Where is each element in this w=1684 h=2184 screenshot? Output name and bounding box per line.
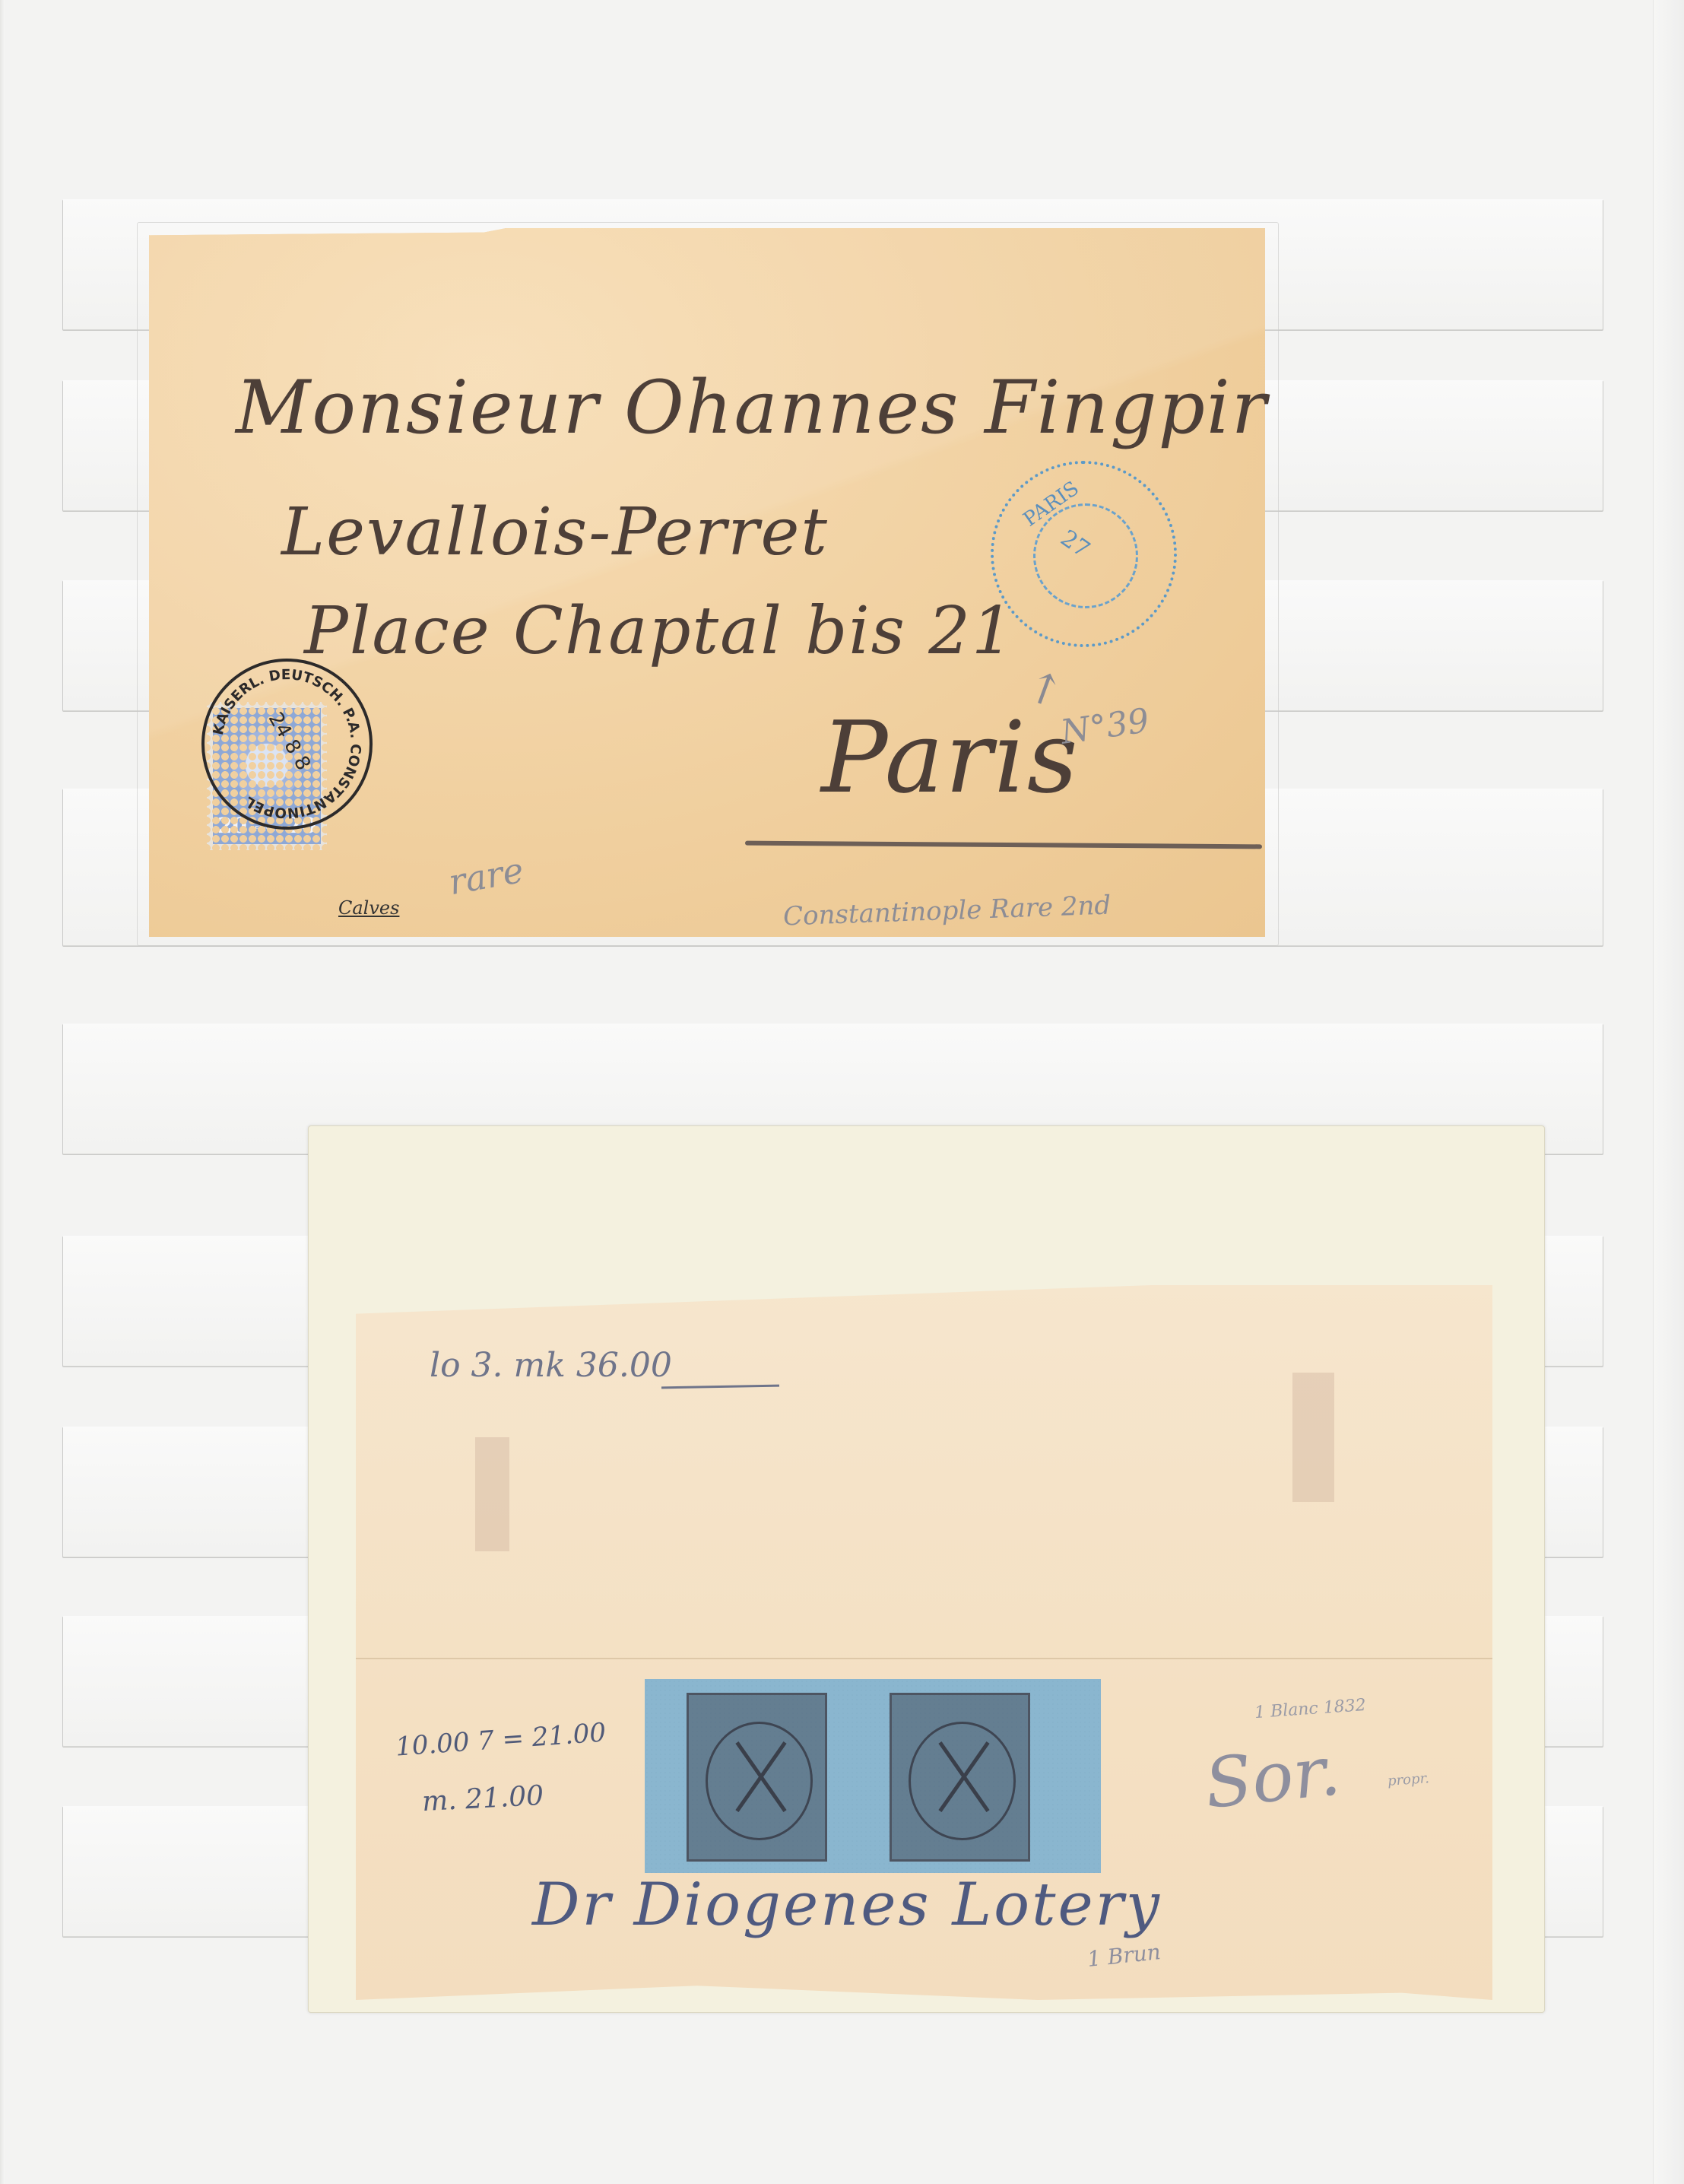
stamp-pair-imperforate[interactable] bbox=[645, 1679, 1101, 1873]
portrait-stamp-icon bbox=[687, 1693, 827, 1862]
constantinople-cancel-postmark: KAISERL. DEUTSCH. P.A. CONSTANTINOPEL 24… bbox=[201, 659, 373, 830]
expert-signature: Calves bbox=[338, 897, 399, 919]
postmark-date: 27 bbox=[1055, 525, 1094, 563]
addressee-name: Dr Diogenes Lotery bbox=[532, 1871, 1162, 1939]
stain-mark bbox=[1292, 1373, 1334, 1502]
address-line-3: Place Chaptal bis 21 bbox=[304, 593, 1015, 669]
stain-mark bbox=[475, 1437, 509, 1551]
address-line-1: Monsieur Ohannes Fingpir bbox=[236, 365, 1268, 450]
page-right-edge bbox=[1653, 0, 1684, 2184]
page-left-edge bbox=[0, 0, 5, 2184]
address-city: Paris bbox=[821, 700, 1080, 815]
pencil-lot-note: lo 3. mk 36.00 bbox=[430, 1346, 672, 1385]
pencil-signature-note-2: propr. bbox=[1387, 1770, 1429, 1789]
postmark-city: PARIS bbox=[1020, 477, 1083, 531]
pencil-signature: Sor. bbox=[1201, 1731, 1344, 1824]
paris-cancel-postmark: PARIS 27 bbox=[991, 461, 1177, 647]
pencil-total-note: m. 21.00 bbox=[421, 1780, 544, 1817]
fold-line bbox=[356, 1658, 1492, 1659]
portrait-stamp-icon bbox=[890, 1693, 1030, 1862]
address-line-2: Levallois-Perret bbox=[281, 494, 829, 570]
